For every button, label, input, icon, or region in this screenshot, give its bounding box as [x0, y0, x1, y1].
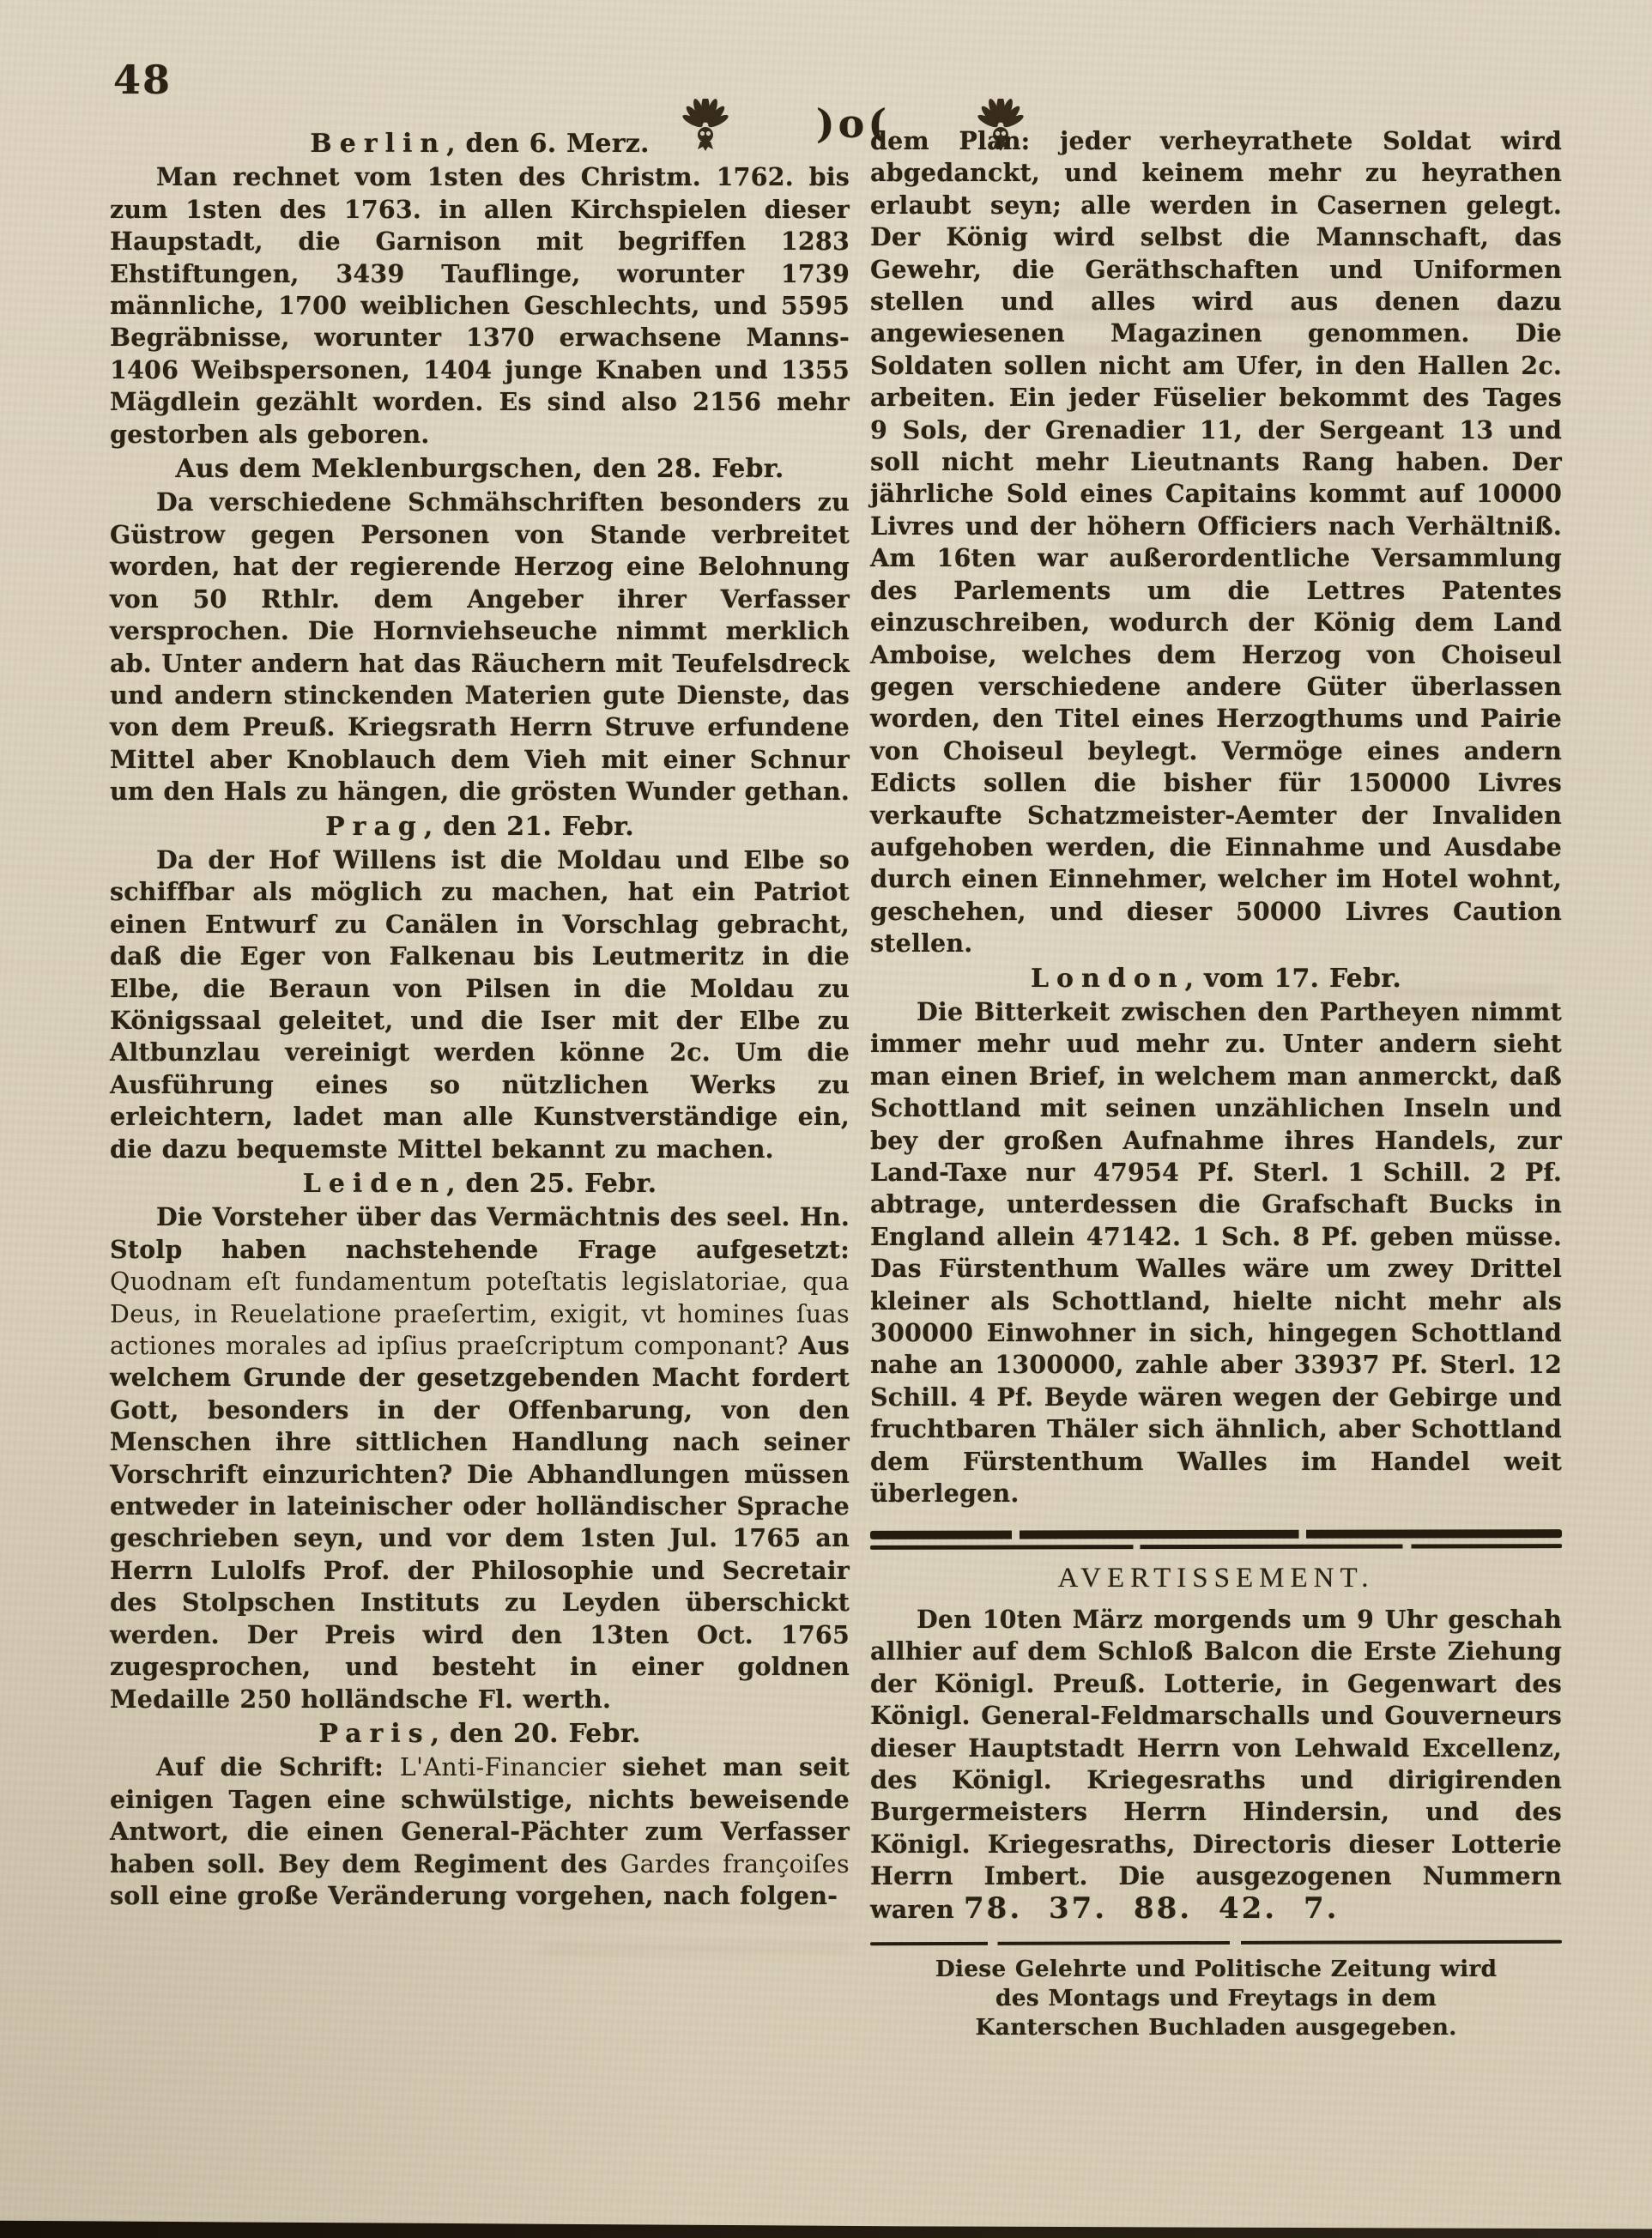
article-meklenburg: Da verschiedene Schmähschriften besonder…	[110, 487, 850, 807]
dateline-leiden: Leiden, den 25. Febr.	[110, 1168, 850, 1200]
article-london: Die Bitterkeit zwischen den Partheyen ni…	[870, 996, 1562, 1510]
dateline-berlin: Berlin, den 6. Merz.	[110, 128, 850, 160]
imprint-note: Diese Gelehrte und Politische Zeitung wi…	[916, 1955, 1516, 2042]
section-london: London, vom 17. Febr. Die Bitterkeit zwi…	[870, 963, 1562, 1510]
section-paris: Paris, den 20. Febr. Auf die Schrift: L'…	[110, 1718, 850, 1912]
section-divider-double-rule	[870, 1530, 1562, 1551]
dateline-london: London, vom 17. Febr.	[870, 963, 1562, 995]
section-prag: Prag, den 21. Febr. Da der Hof Willens i…	[110, 811, 850, 1165]
article-paris-continuation: dem Plan: jeder verheyrathete Soldat wir…	[870, 125, 1562, 960]
article-prag: Da der Hof Willens ist die Moldau und El…	[110, 844, 850, 1165]
article-paris: Auf die Schrift: L'Anti-Financier siehet…	[110, 1751, 850, 1912]
section-leiden: Leiden, den 25. Febr. Die Vorsteher über…	[110, 1168, 850, 1715]
right-column: dem Plan: jeder verheyrathete Soldat wir…	[870, 125, 1562, 2042]
newspaper-columns: Berlin, den 6. Merz. Man rechnet vom 1st…	[110, 125, 1562, 2042]
page-bottom-edge	[0, 2219, 1652, 2238]
dateline-paris: Paris, den 20. Febr.	[110, 1718, 850, 1750]
dateline-meklenburg: Aus dem Meklenburgschen, den 28. Febr.	[110, 453, 850, 485]
dateline-prag: Prag, den 21. Febr.	[110, 811, 850, 843]
newspaper-page: { "page": { "number": "48", "center_orna…	[0, 0, 1652, 2238]
article-avertissement: Den 10ten März morgends um 9 Uhr geschah…	[870, 1604, 1562, 1926]
section-avertissement: AVERTISSEMENT. Den 10ten März morgends u…	[870, 1563, 1562, 1925]
left-column: Berlin, den 6. Merz. Man rechnet vom 1st…	[110, 125, 850, 1912]
section-berlin: Berlin, den 6. Merz. Man rechnet vom 1st…	[110, 128, 850, 451]
avertissement-title: AVERTISSEMENT.	[870, 1563, 1562, 1594]
page-number: 48	[113, 57, 172, 103]
article-berlin: Man rechnet vom 1sten des Christm. 1762.…	[110, 161, 850, 451]
imprint-divider-rule	[870, 1940, 1562, 1946]
section-meklenburg: Aus dem Meklenburgschen, den 28. Febr. D…	[110, 453, 850, 807]
article-leiden: Die Vorsteher über das Vermächtnis des s…	[110, 1201, 850, 1715]
